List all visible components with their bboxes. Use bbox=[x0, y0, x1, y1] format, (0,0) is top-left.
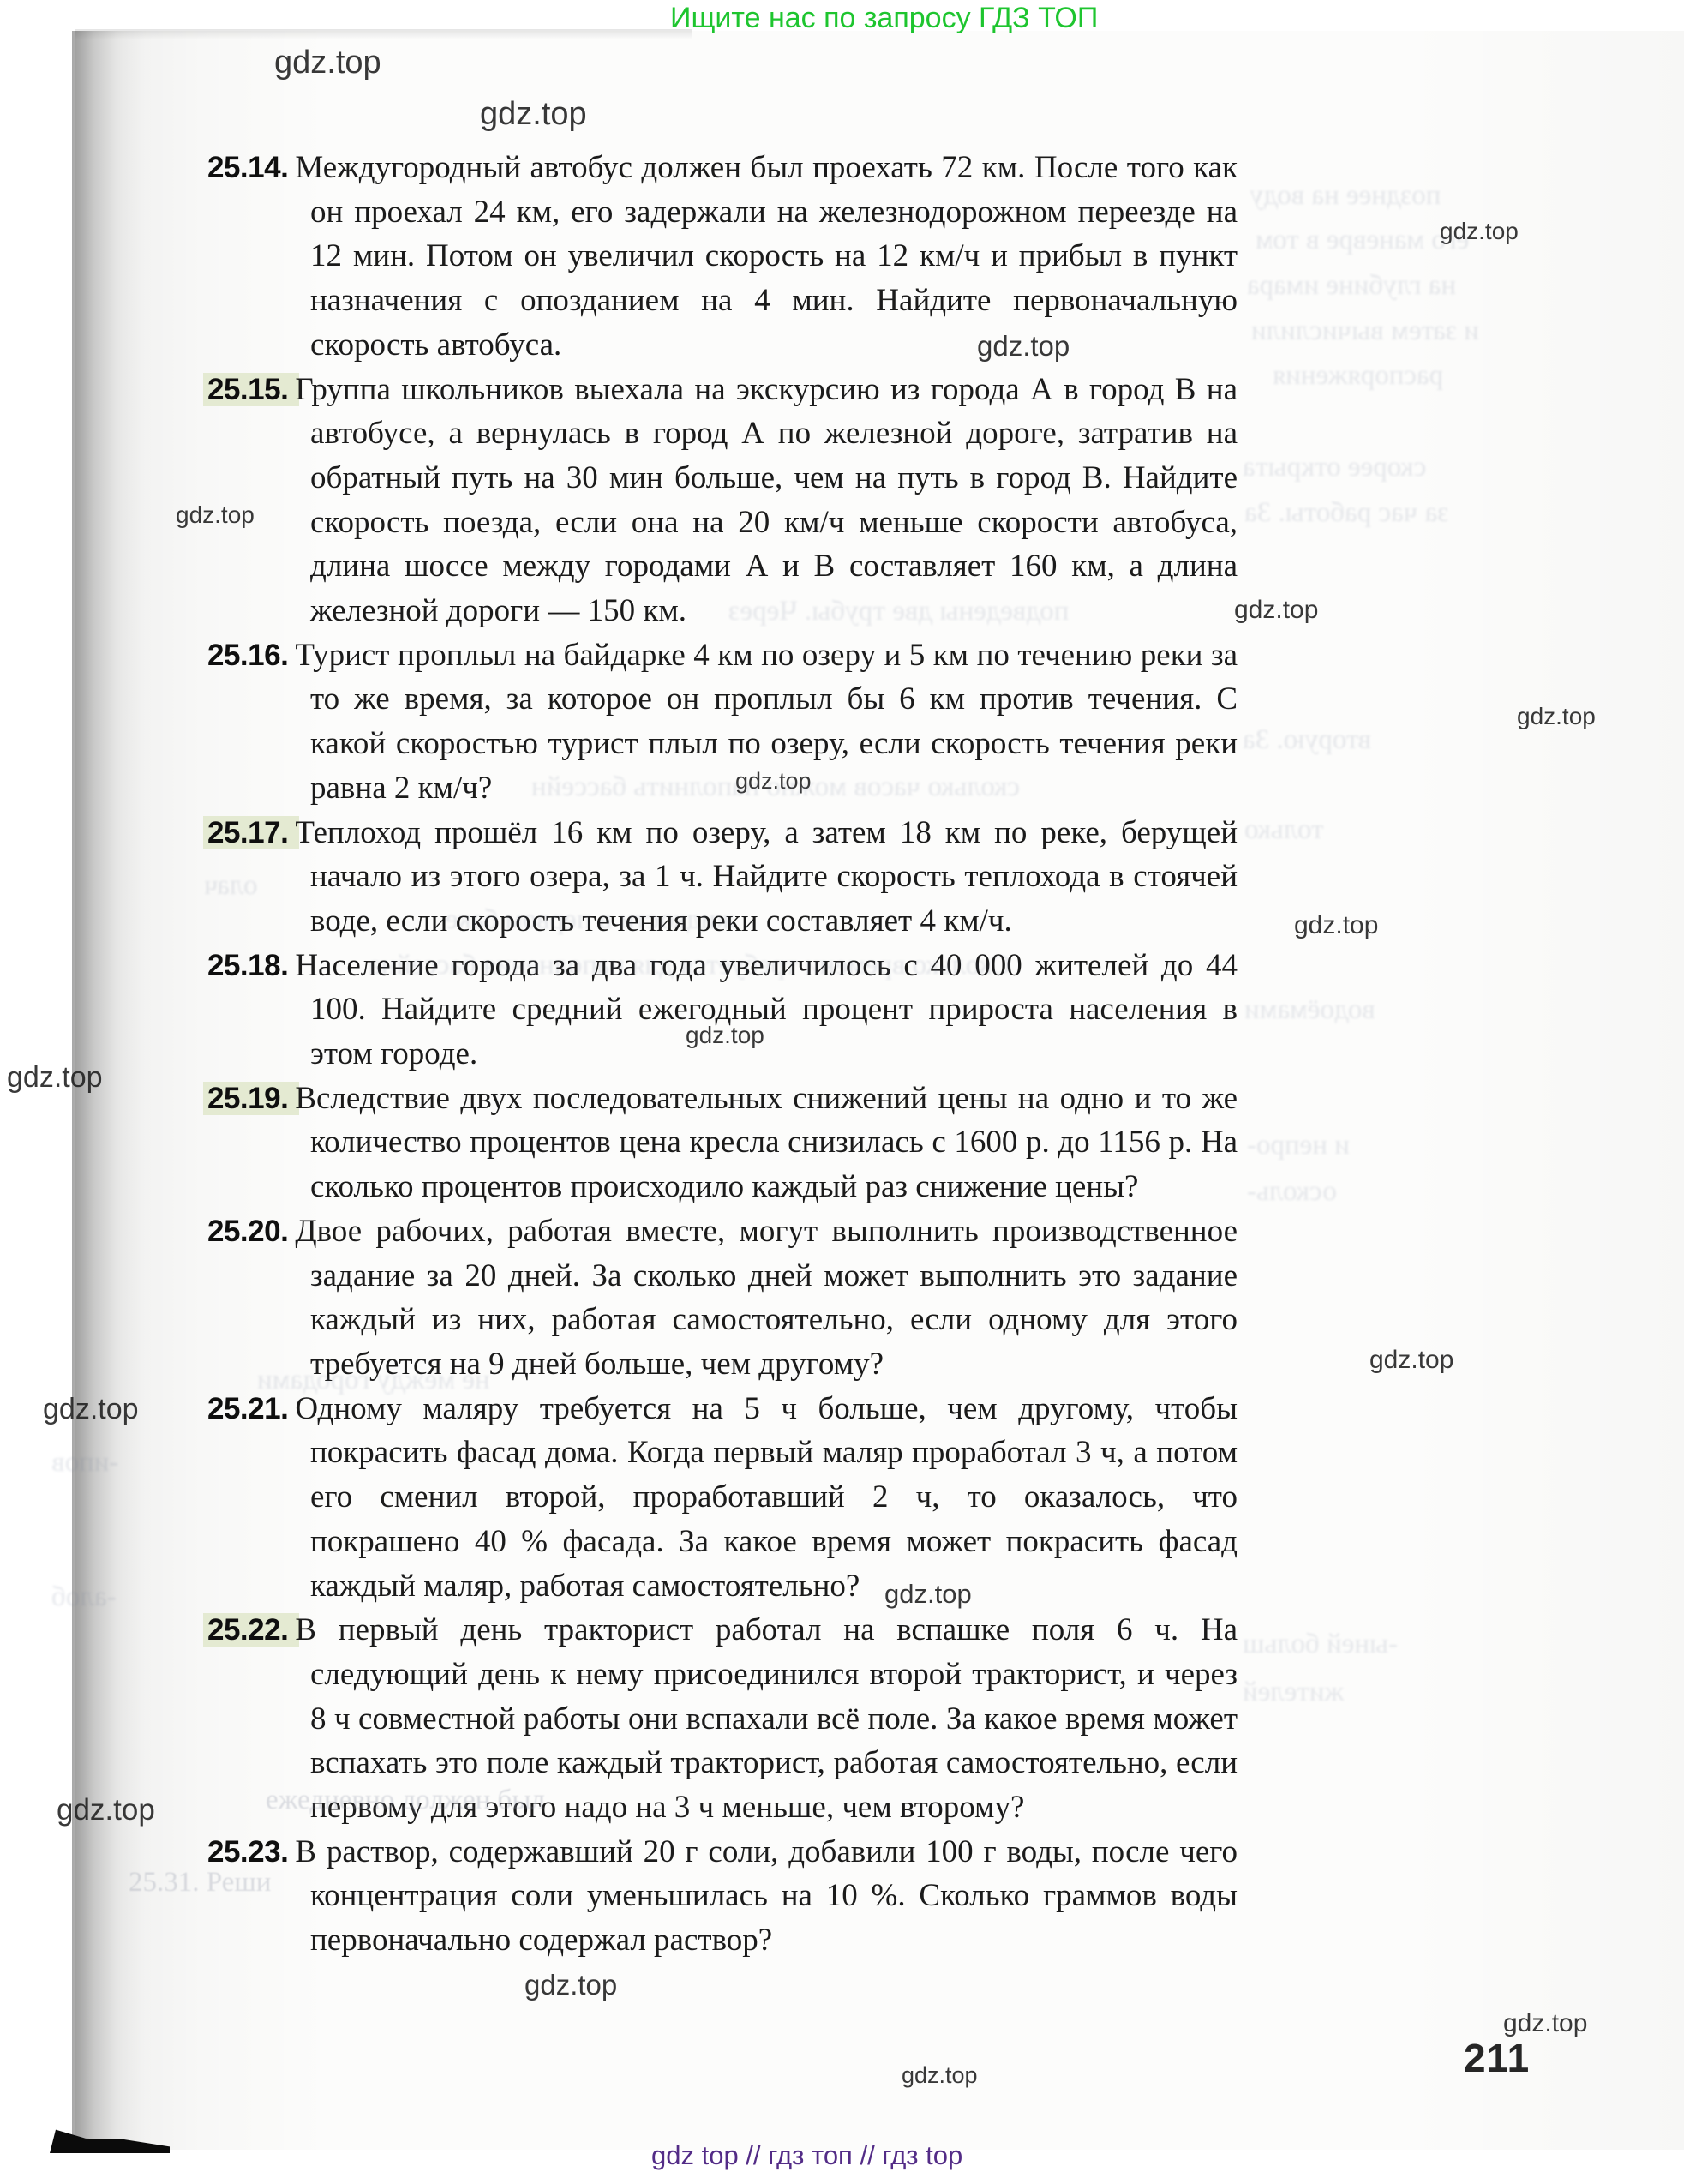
bleed-through-fragment: -алоб bbox=[51, 1581, 117, 1613]
gdz-watermark: gdz.top bbox=[57, 1793, 155, 1827]
problem: 25.21.Одному маляру требуется на 5 ч бол… bbox=[207, 1387, 1238, 1609]
problem-text: Теплоход прошёл 16 км по озеру, а затем … bbox=[295, 815, 1238, 939]
problem: 25.20.Двое рабочих, работая вместе, могу… bbox=[207, 1209, 1238, 1387]
bleed-through-fragment: водоёмами bbox=[1244, 994, 1375, 1026]
gdz-watermark: gdz.top bbox=[1517, 703, 1596, 730]
scanned-page-stage: Ищите нас по запросу ГДЗ ТОП 25.14.Между… bbox=[0, 0, 1684, 2184]
page-number: 211 bbox=[1464, 2035, 1530, 2081]
problem-text: Междугородный автобус должен был проехат… bbox=[295, 150, 1238, 363]
gdz-watermark: gdz.top bbox=[1294, 911, 1378, 940]
gdz-watermark: gdz.top bbox=[686, 1022, 764, 1049]
gdz-watermark: gdz.top bbox=[176, 501, 255, 529]
problem-number: 25.22. bbox=[207, 1613, 295, 1647]
gdz-watermark: gdz.top bbox=[7, 1061, 103, 1095]
gdz-watermark: gdz.top bbox=[1369, 1346, 1453, 1375]
problems: 25.14.Междугородный автобус должен был п… bbox=[207, 146, 1238, 1963]
problem: 25.15.Группа школьников выехала на экску… bbox=[207, 368, 1238, 633]
bleed-through-fragment: жидкости в первом баке bbox=[446, 904, 735, 936]
problem: 25.19.Вследствие двух последовательных с… bbox=[207, 1077, 1238, 1209]
bleed-through-fragment: скорее открыта bbox=[1243, 452, 1426, 483]
bleed-through-fragment: сколько часов можно наполнить бассейн bbox=[531, 771, 1020, 803]
gdz-watermark: gdz.top bbox=[524, 1969, 617, 2001]
promo-banner: Ищите нас по запросу ГДЗ ТОП bbox=[670, 2, 1098, 35]
bleed-through-fragment: только bbox=[1244, 814, 1323, 846]
bleed-through-fragment: 25.31. Реши bbox=[129, 1867, 271, 1899]
bleed-through-fragment: ежедневно должен был bbox=[266, 1785, 545, 1816]
problem-text: Вследствие двух последовательных снижени… bbox=[295, 1081, 1238, 1204]
problem-number: 25.16. bbox=[207, 639, 295, 672]
bleed-through-fragment: -ыней больш bbox=[1243, 1629, 1398, 1660]
bleed-through-fragment: и непро- bbox=[1247, 1130, 1350, 1161]
gdz-watermark: gdz.top bbox=[274, 45, 381, 81]
problem-text: Одному маляру требуется на 5 ч больше, ч… bbox=[295, 1391, 1238, 1604]
problem-number: 25.20. bbox=[207, 1215, 295, 1248]
bleed-through-fragment: -ипов bbox=[51, 1447, 118, 1479]
problem-number: 25.19. bbox=[207, 1082, 295, 1115]
bleed-through-fragment: осколь- bbox=[1247, 1176, 1337, 1208]
bleed-through-fragment: его маневре в том bbox=[1256, 225, 1469, 256]
problem-text: Группа школьников выехала на экскурсию и… bbox=[295, 372, 1238, 629]
bleed-through-fragment: вторую. За bbox=[1243, 724, 1371, 756]
gdz-watermark: gdz.top bbox=[43, 1393, 139, 1426]
problem-number: 25.18. bbox=[207, 949, 295, 982]
bleed-through-fragment: распоряжения bbox=[1273, 360, 1443, 392]
gdz-watermark: gdz.top bbox=[1234, 596, 1318, 625]
gdz-watermark: gdz.top bbox=[884, 1579, 972, 1610]
problem-text: В раствор, содержавший 20 г соли, добави… bbox=[295, 1834, 1238, 1958]
problem-number: 25.15. bbox=[207, 373, 295, 406]
gdz-watermark: gdz.top bbox=[480, 96, 587, 133]
bleed-through-fragment: не между городами bbox=[257, 1365, 490, 1396]
problem-number: 25.14. bbox=[207, 151, 295, 184]
problem-text: Двое рабочих, работая вместе, могут выпо… bbox=[295, 1214, 1238, 1382]
problem: 25.14.Междугородный автобус должен был п… bbox=[207, 146, 1238, 368]
problem-number: 25.17. bbox=[207, 816, 295, 849]
problem-number: 25.23. bbox=[207, 1835, 295, 1869]
bleed-through-fragment: и затем вычислили bbox=[1251, 315, 1479, 347]
bleed-through-fragment: на глубине имара bbox=[1247, 270, 1456, 302]
bleed-through-fragment: олач bbox=[204, 870, 257, 902]
gdz-watermark: gdz.top bbox=[1503, 2009, 1587, 2038]
gdz-watermark: gdz.top bbox=[977, 330, 1070, 363]
problem: 25.23.В раствор, содержавший 20 г соли, … bbox=[207, 1830, 1238, 1963]
problem-number: 25.21. bbox=[207, 1392, 295, 1425]
bleed-through-fragment: Сколько времени требуется для наполнения… bbox=[369, 950, 1011, 981]
bleed-through-fragment: позднее на воду bbox=[1250, 180, 1441, 212]
bleed-through-fragment: жителей bbox=[1243, 1677, 1344, 1708]
gdz-watermark: gdz.top bbox=[902, 2062, 978, 2089]
page-top-edge-shadow bbox=[75, 29, 692, 39]
footer-links[interactable]: gdz top // гдз топ // гдз top bbox=[651, 2140, 962, 2171]
bleed-through-fragment: за час работы. За bbox=[1244, 497, 1448, 529]
bleed-through-fragment: подведены две трубы. Через bbox=[728, 596, 1069, 627]
